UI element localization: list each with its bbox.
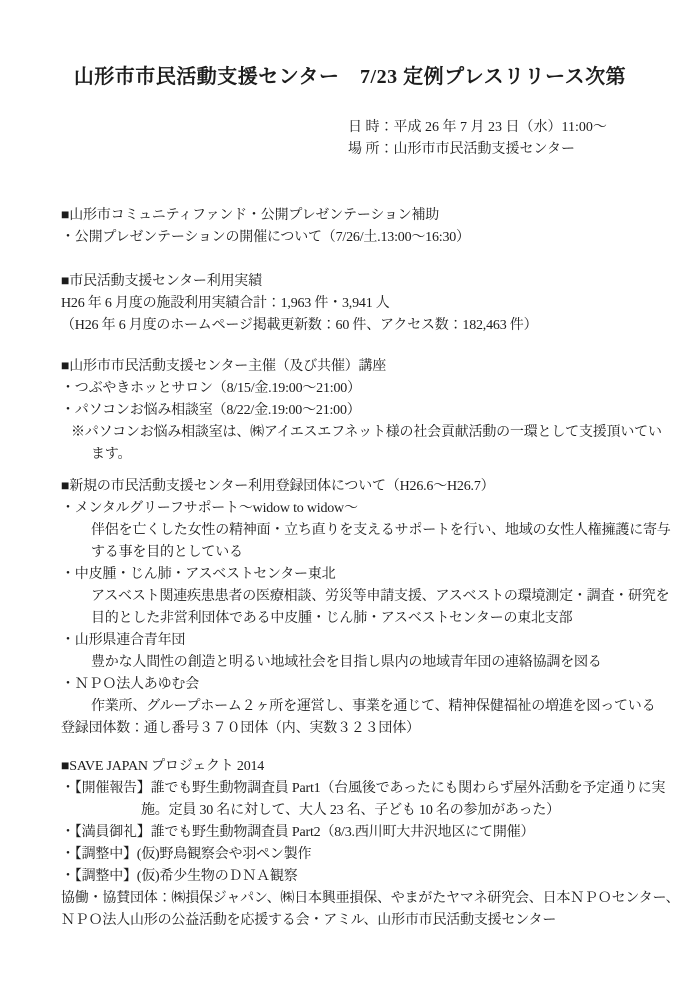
section-heading: ■新規の市民活動支援センター利用登録団体について（H26.6～H26.7） xyxy=(61,476,639,498)
section-heading: ■山形市コミュニティファンド・公開プレゼンテーション補助 xyxy=(61,205,639,227)
meta-block: 日 時：平成 26 年 7 月 23 日（水）11:00～ 場 所：山形市市民活… xyxy=(348,117,639,161)
section-line: ・パソコンお悩み相談室（8/22/金.19:00～21:00） xyxy=(61,400,639,422)
press-release-page: 山形市市民活動支援センター 7/23 定例プレスリリース次第 日 時：平成 26… xyxy=(0,0,700,989)
meta-datetime: 日 時：平成 26 年 7 月 23 日（水）11:00～ xyxy=(348,117,639,139)
section-line: ・中皮腫・じん肺・アスベストセンター東北 xyxy=(61,564,639,586)
section-line: ・メンタルグリーフサポート～widow to widow～ xyxy=(61,498,639,520)
section-line: （H26 年 6 月度のホームページ掲載更新数：60 件、アクセス数：182,4… xyxy=(61,315,639,337)
section-line: ・つぶやきホッとサロン（8/15/金.19:00～21:00） xyxy=(61,378,639,400)
section-line: ・【開催報告】誰でも野生動物調査員 Part1（台風後であったにも関わらず屋外活… xyxy=(61,778,639,800)
section-line: 目的とした非営利団体である中皮腫・じん肺・アスベストセンターの東北支部 xyxy=(61,608,639,630)
section: ■新規の市民活動支援センター利用登録団体について（H26.6～H26.7）・メン… xyxy=(61,476,639,740)
section-line: 施。定員 30 名に対して、大人 23 名、子ども 10 名の参加があった） xyxy=(61,800,639,822)
section-line: 豊かな人間性の創造と明るい地域社会を目指し県内の地域青年団の連絡協調を図る xyxy=(61,652,639,674)
page-title: 山形市市民活動支援センター 7/23 定例プレスリリース次第 xyxy=(61,64,639,91)
section-line: ・ＮＰＯ法人あゆむ会 xyxy=(61,674,639,696)
document-body: ■山形市コミュニティファンド・公開プレゼンテーション補助・公開プレゼンテーション… xyxy=(61,205,639,932)
section-line: 伴侶を亡くした女性の精神面・立ち直りを支えるサポートを行い、地域の女性人権擁護に… xyxy=(61,520,639,542)
section-line: ＮＰＯ法人山形の公益活動を応援する会・アミル、山形市市民活動支援センター xyxy=(61,910,639,932)
section-line: 協働・協賛団体：㈱損保ジャパン、㈱日本興亜損保、やまがたヤマネ研究会、日本ＮＰＯ… xyxy=(61,888,639,910)
section-line: アスベスト関連疾患患者の医療相談、労災等申請支援、アスベストの環境測定・調査・研… xyxy=(61,586,639,608)
section-line: 登録団体数：通し番号３７０団体（内、実数３２３団体） xyxy=(61,718,639,740)
section-line: 作業所、グループホーム２ヶ所を運営し、事業を通じて、精神保健福祉の増進を図ってい… xyxy=(61,696,639,718)
section-heading: ■市民活動支援センター利用実績 xyxy=(61,271,639,293)
section-line: ます。 xyxy=(61,444,639,466)
meta-place: 場 所：山形市市民活動支援センター xyxy=(348,139,639,161)
section-line: ・公開プレゼンテーションの開催について（7/26/土.13:00～16:30） xyxy=(61,227,639,249)
section: ■市民活動支援センター利用実績H26 年 6 月度の施設利用実績合計：1,963… xyxy=(61,271,639,337)
section-line: ※パソコンお悩み相談室は、㈱アイエスエフネット様の社会貢献活動の一環として支援頂… xyxy=(61,422,639,444)
section-line: ・山形県連合青年団 xyxy=(61,630,639,652)
section-heading: ■山形市市民活動支援センター主催（及び共催）講座 xyxy=(61,356,639,378)
section: ■山形市コミュニティファンド・公開プレゼンテーション補助・公開プレゼンテーション… xyxy=(61,205,639,249)
section-line: ・【調整中】(仮)野鳥観察会や羽ペン製作 xyxy=(61,844,639,866)
section: ■山形市市民活動支援センター主催（及び共催）講座・つぶやきホッとサロン（8/15… xyxy=(61,356,639,466)
section-line: する事を目的としている xyxy=(61,542,639,564)
section-heading: ■SAVE JAPAN プロジェクト 2014 xyxy=(61,756,639,778)
section-line: ・【調整中】(仮)希少生物のＤＮＡ観察 xyxy=(61,866,639,888)
section-line: H26 年 6 月度の施設利用実績合計：1,963 件・3,941 人 xyxy=(61,293,639,315)
section-line: ・【満員御礼】誰でも野生動物調査員 Part2（8/3.西川町大井沢地区にて開催… xyxy=(61,822,639,844)
section: ■SAVE JAPAN プロジェクト 2014・【開催報告】誰でも野生動物調査員… xyxy=(61,756,639,932)
